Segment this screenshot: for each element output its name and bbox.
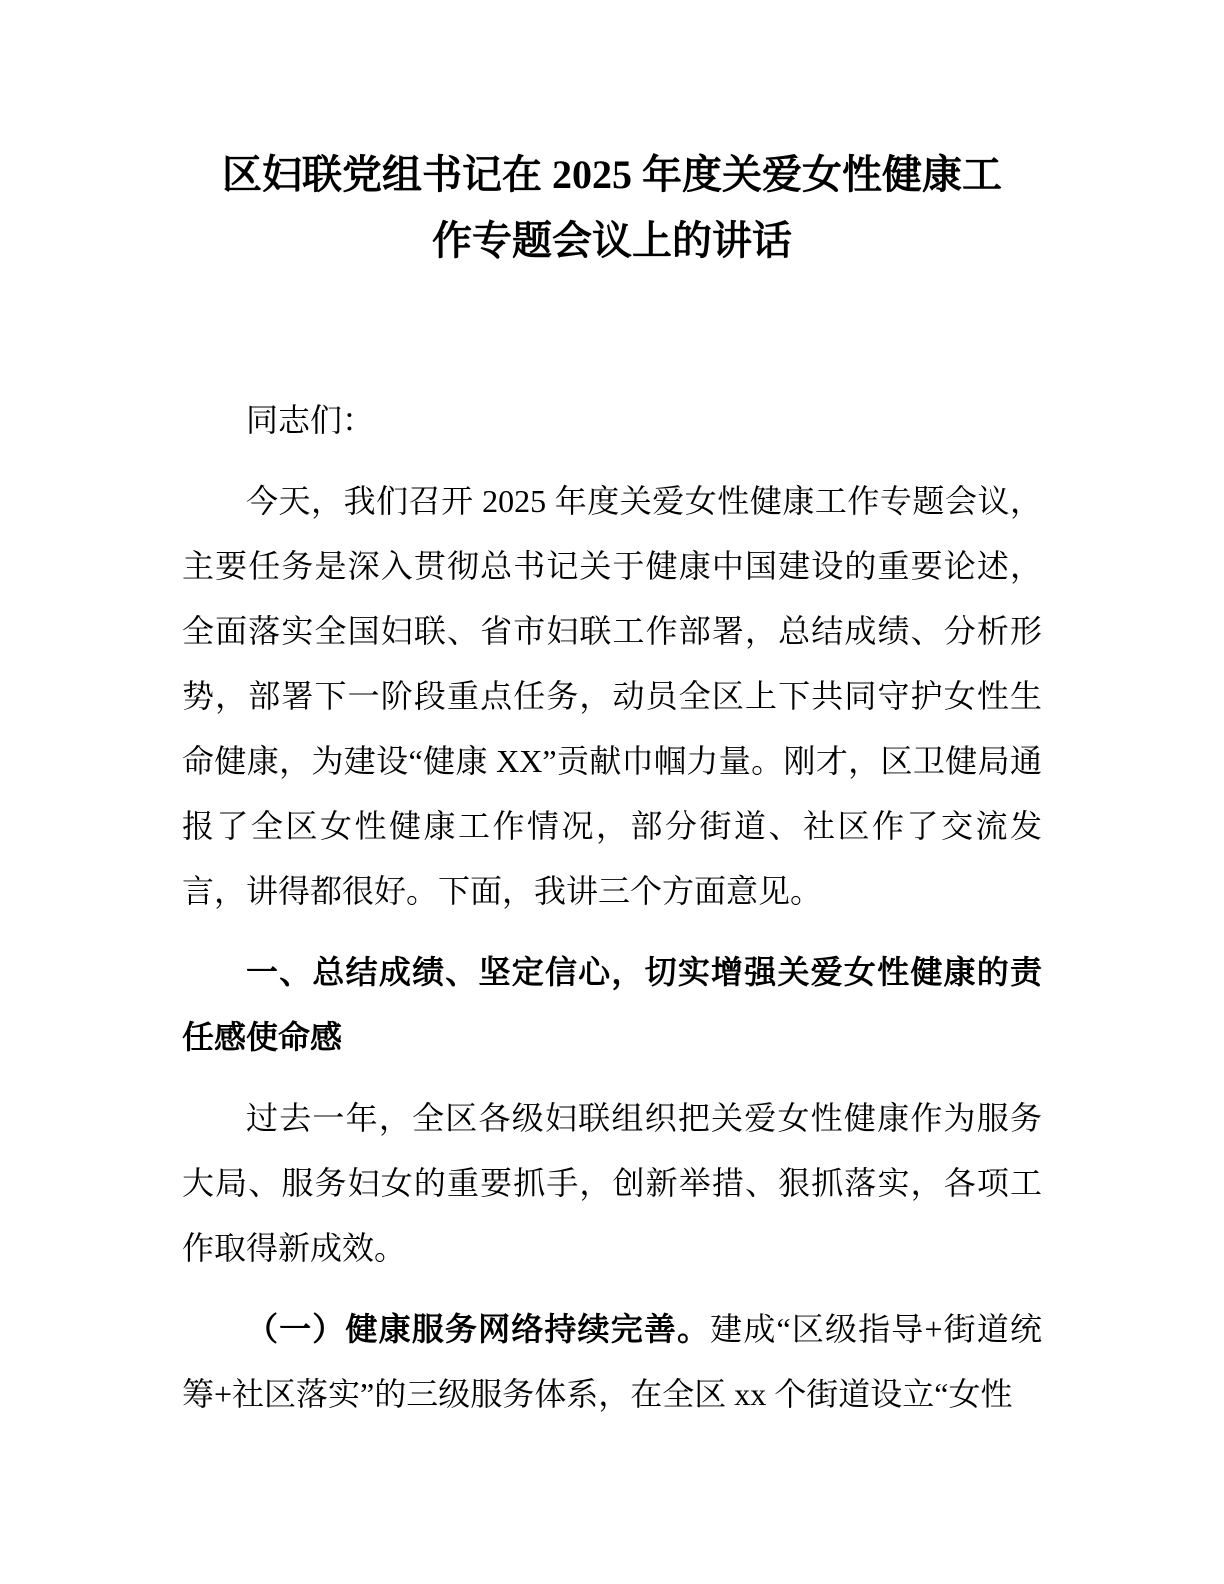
text-run: 过去一年，全区各级妇联组织把关爱女性健康作为服务大局、服务妇女的重要抓手，创新举… (182, 1100, 1042, 1266)
section-heading: 一、总结成绩、坚定信心，切实增强关爱女性健康的责任感使命感 (182, 940, 1042, 1070)
paragraph: （一）健康服务网络持续完善。建成“区级指导+街道统筹+社区落实”的三级服务体系，… (182, 1297, 1042, 1427)
paragraph: 过去一年，全区各级妇联组织把关爱女性健康作为服务大局、服务妇女的重要抓手，创新举… (182, 1086, 1042, 1281)
bold-text-run: （一）健康服务网络持续完善。 (246, 1311, 710, 1347)
paragraph: 今天，我们召开 2025 年度关爱女性健康工作专题会议，主要任务是深入贯彻总书记… (182, 469, 1042, 924)
document-page: 区妇联党组书记在 2025 年度关爱女性健康工 作专题会议上的讲话 同志们：今天… (0, 0, 1224, 1584)
text-run: 同志们： (246, 402, 374, 438)
text-run: 今天，我们召开 2025 年度关爱女性健康工作专题会议，主要任务是深入贯彻总书记… (182, 483, 1042, 909)
paragraph: 同志们： (182, 388, 1042, 453)
document-body: 同志们：今天，我们召开 2025 年度关爱女性健康工作专题会议，主要任务是深入贯… (182, 388, 1042, 1427)
document-title-line-1: 区妇联党组书记在 2025 年度关爱女性健康工 (182, 142, 1042, 208)
document-title: 区妇联党组书记在 2025 年度关爱女性健康工 作专题会议上的讲话 (182, 142, 1042, 274)
bold-text-run: 一、总结成绩、坚定信心，切实增强关爱女性健康的责任感使命感 (182, 954, 1042, 1055)
document-title-line-2: 作专题会议上的讲话 (182, 208, 1042, 274)
